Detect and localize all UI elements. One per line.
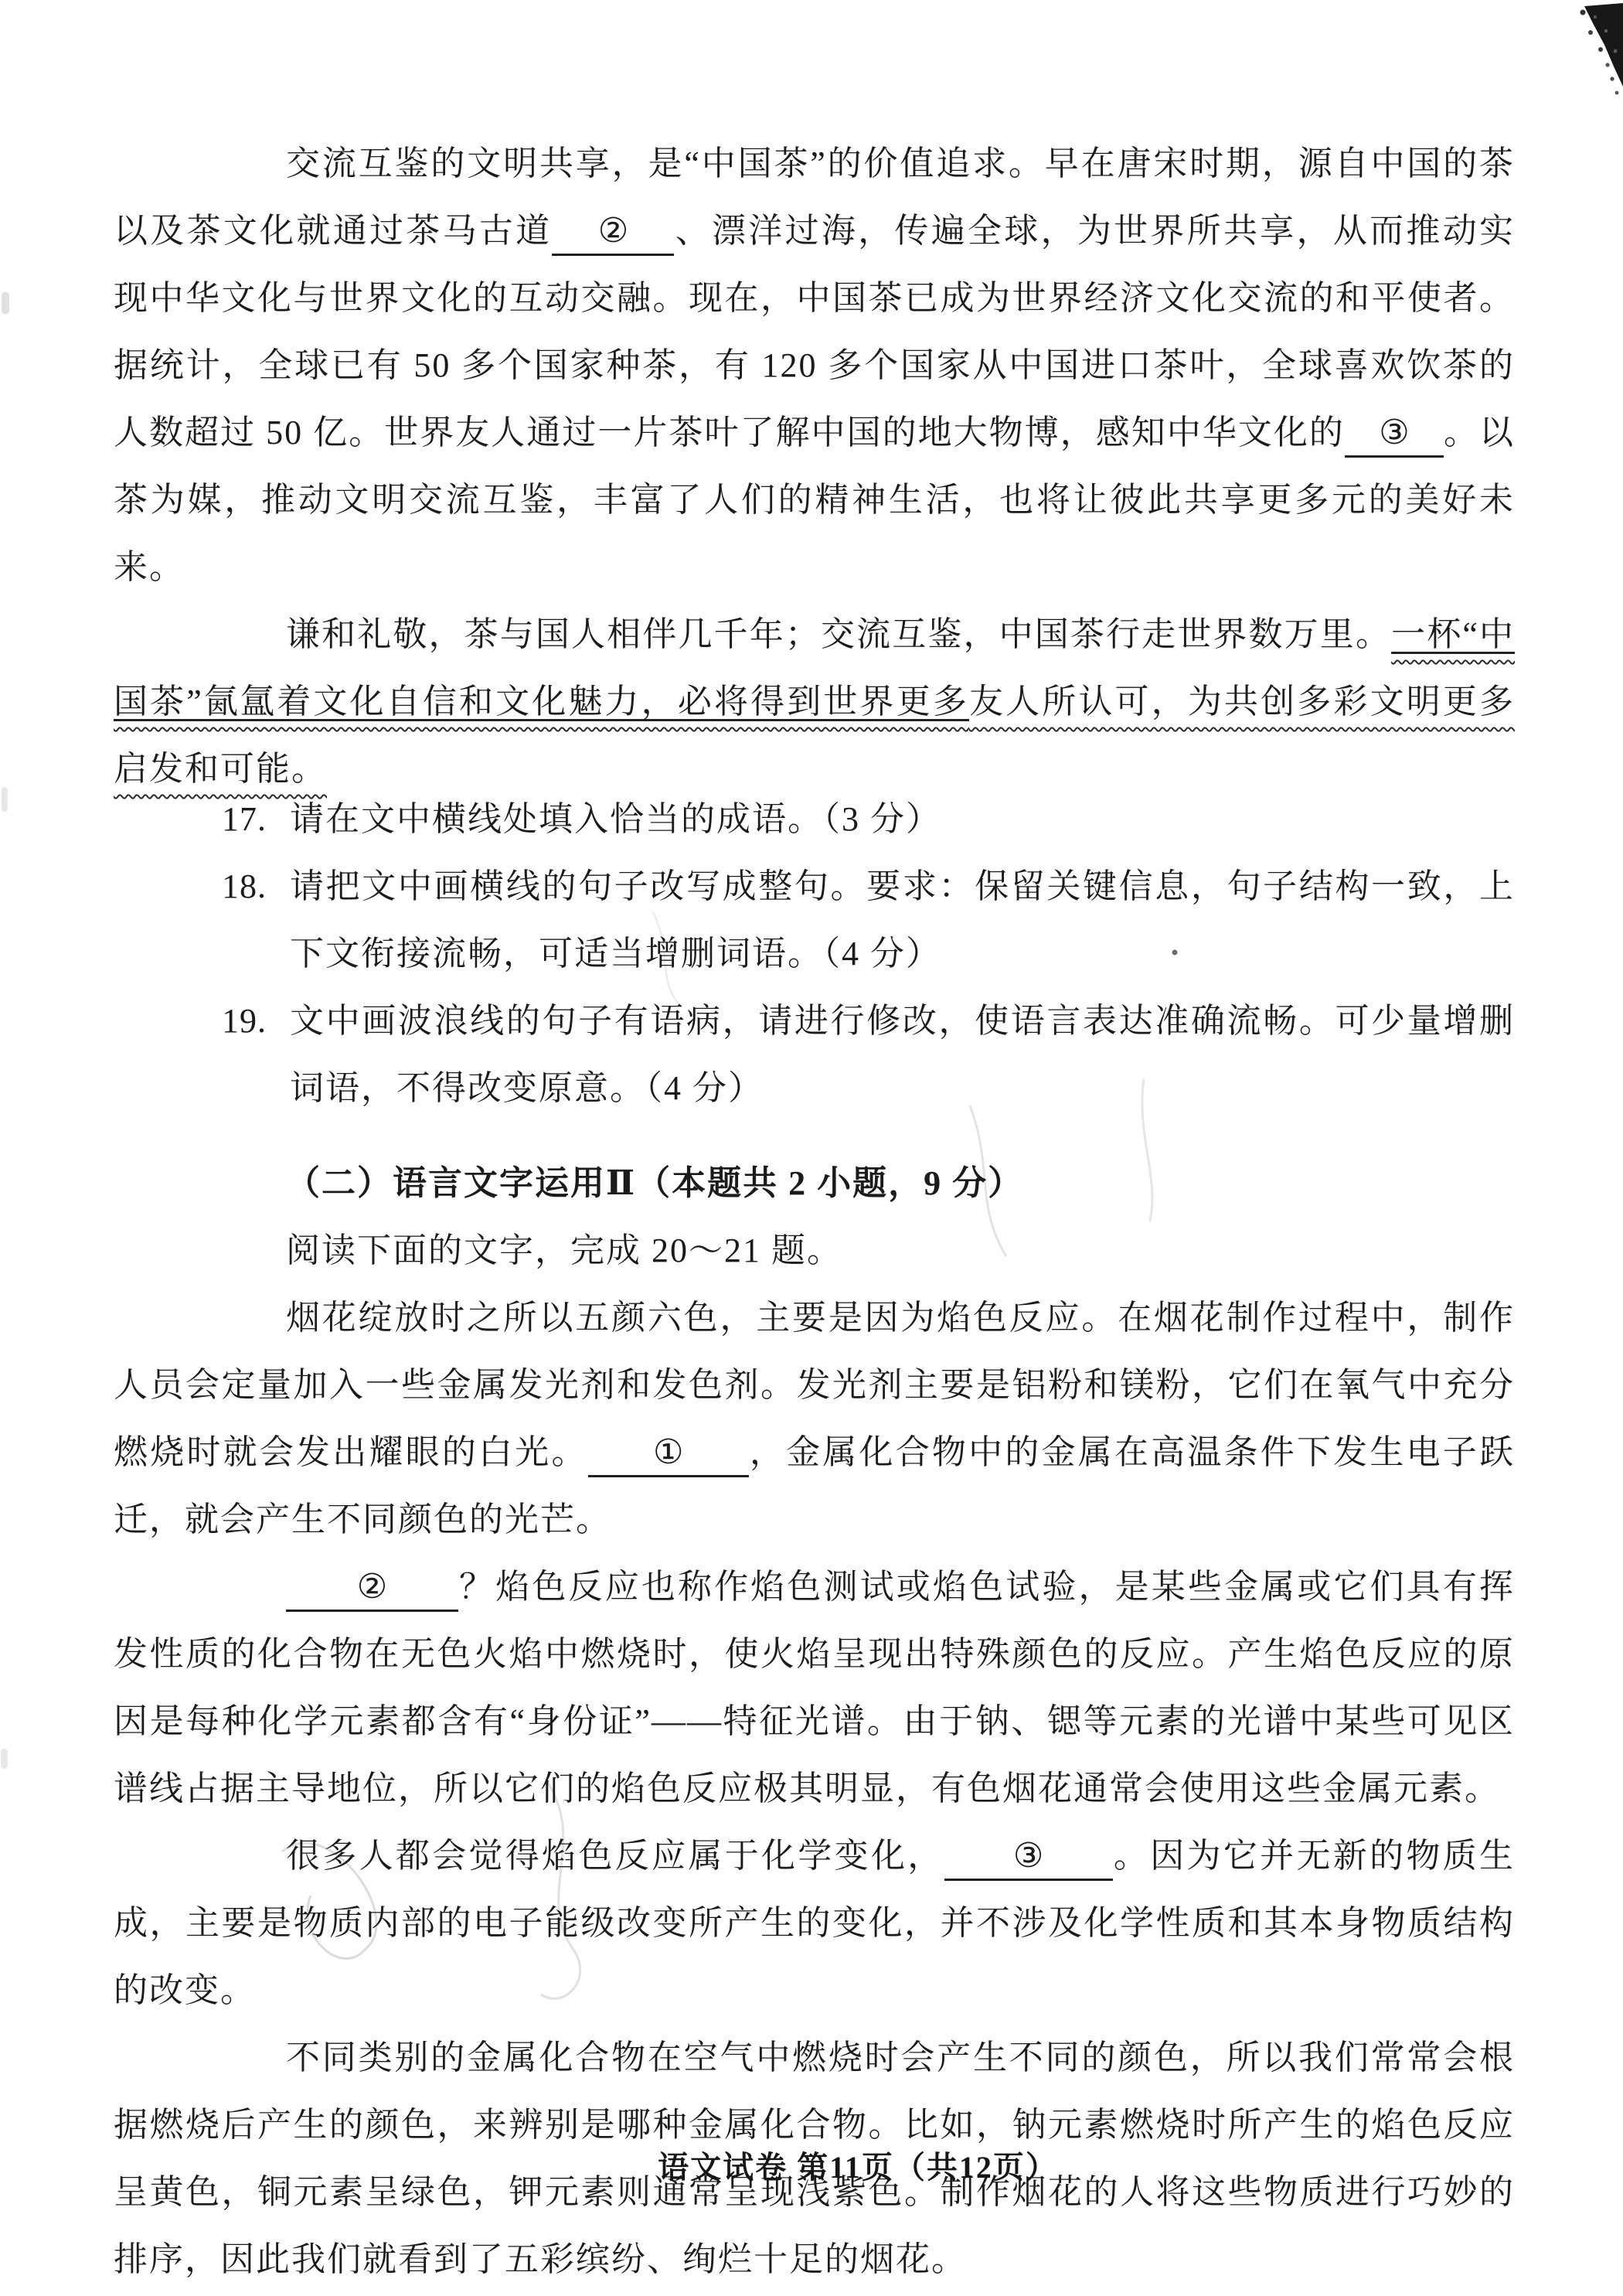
document-body: 交流互鉴的文明共享，是“中国茶”的价值追求。早在唐宋时期，源自中国的茶以及茶文化… <box>114 130 1515 2293</box>
section-2-header: （二）语言文字运用Ⅱ（本题共 2 小题，9 分） <box>114 1150 1515 1217</box>
blank-underline: ② <box>552 210 674 256</box>
paragraph-fireworks-2: ②？焰色反应也称作焰色测试或焰色试验，是某些金属或它们具有挥发性质的化合物在无色… <box>114 1553 1515 1822</box>
blank-underline: ① <box>588 1431 749 1477</box>
paragraph-tea-1: 交流互鉴的文明共享，是“中国茶”的价值追求。早在唐宋时期，源自中国的茶以及茶文化… <box>114 130 1515 601</box>
text-run: 文中画波浪线的句子有语病，请进行修改，使语言表达准确流畅。可少量增删词语，不得改… <box>290 1002 1515 1107</box>
page-footer: 语文试卷 第11页（共12页） <box>0 2143 1623 2187</box>
question-17: 17.请在文中横线处填入恰当的成语。（3 分） <box>114 785 1515 853</box>
footer-text: 语文试卷 第11页（共12页） <box>658 2150 1058 2185</box>
blank-underline: ③ <box>1345 411 1444 458</box>
paragraph-fireworks-1: 烟花绽放时之所以五颜六色，主要是因为焰色反应。在烟花制作过程中，制作人员会定量加… <box>114 1284 1515 1553</box>
paragraph-tea-2: 谦和礼敬，茶与国人相伴几千年；交流互鉴，中国茶行走世界数万里。一杯“中国茶”氤氲… <box>114 601 1515 802</box>
question-number: 18. <box>222 853 267 920</box>
exam-page-scan: 交流互鉴的文明共享，是“中国茶”的价值追求。早在唐宋时期，源自中国的茶以及茶文化… <box>0 0 1623 2296</box>
text-run: 阅读下面的文字，完成 20～21 题。 <box>286 1231 842 1269</box>
text-run: 请在文中横线处填入恰当的成语。（3 分） <box>290 800 941 838</box>
question-number: 17. <box>222 785 267 853</box>
question-18: 18.请把文中画横线的句子改写成整句。要求：保留关键信息，句子结构一致，上下文衔… <box>114 853 1515 987</box>
reading-instruction: 阅读下面的文字，完成 20～21 题。 <box>114 1217 1515 1284</box>
question-number: 19. <box>222 987 267 1054</box>
text-run: 请把文中画横线的句子改写成整句。要求：保留关键信息，句子结构一致，上下文衔接流畅… <box>290 867 1515 973</box>
question-19: 19.文中画波浪线的句子有语病，请进行修改，使语言表达准确流畅。可少量增删词语，… <box>114 987 1515 1122</box>
ink-blot-artifact <box>1567 0 1623 102</box>
text-run: 谦和礼敬，茶与国人相伴几千年；交流互鉴，中国茶行走世界数万里。 <box>286 615 1391 653</box>
text-run: 很多人都会觉得焰色反应属于化学变化， <box>286 1837 944 1875</box>
text-run: （二）语言文字运用Ⅱ（本题共 2 小题，9 分） <box>286 1164 1023 1202</box>
blank-underline: ③ <box>944 1834 1113 1881</box>
blank-underline: ② <box>286 1565 458 1612</box>
paragraph-fireworks-3: 很多人都会觉得焰色反应属于化学变化，③。因为它并无新的物质生成，主要是物质内部的… <box>114 1822 1515 2024</box>
